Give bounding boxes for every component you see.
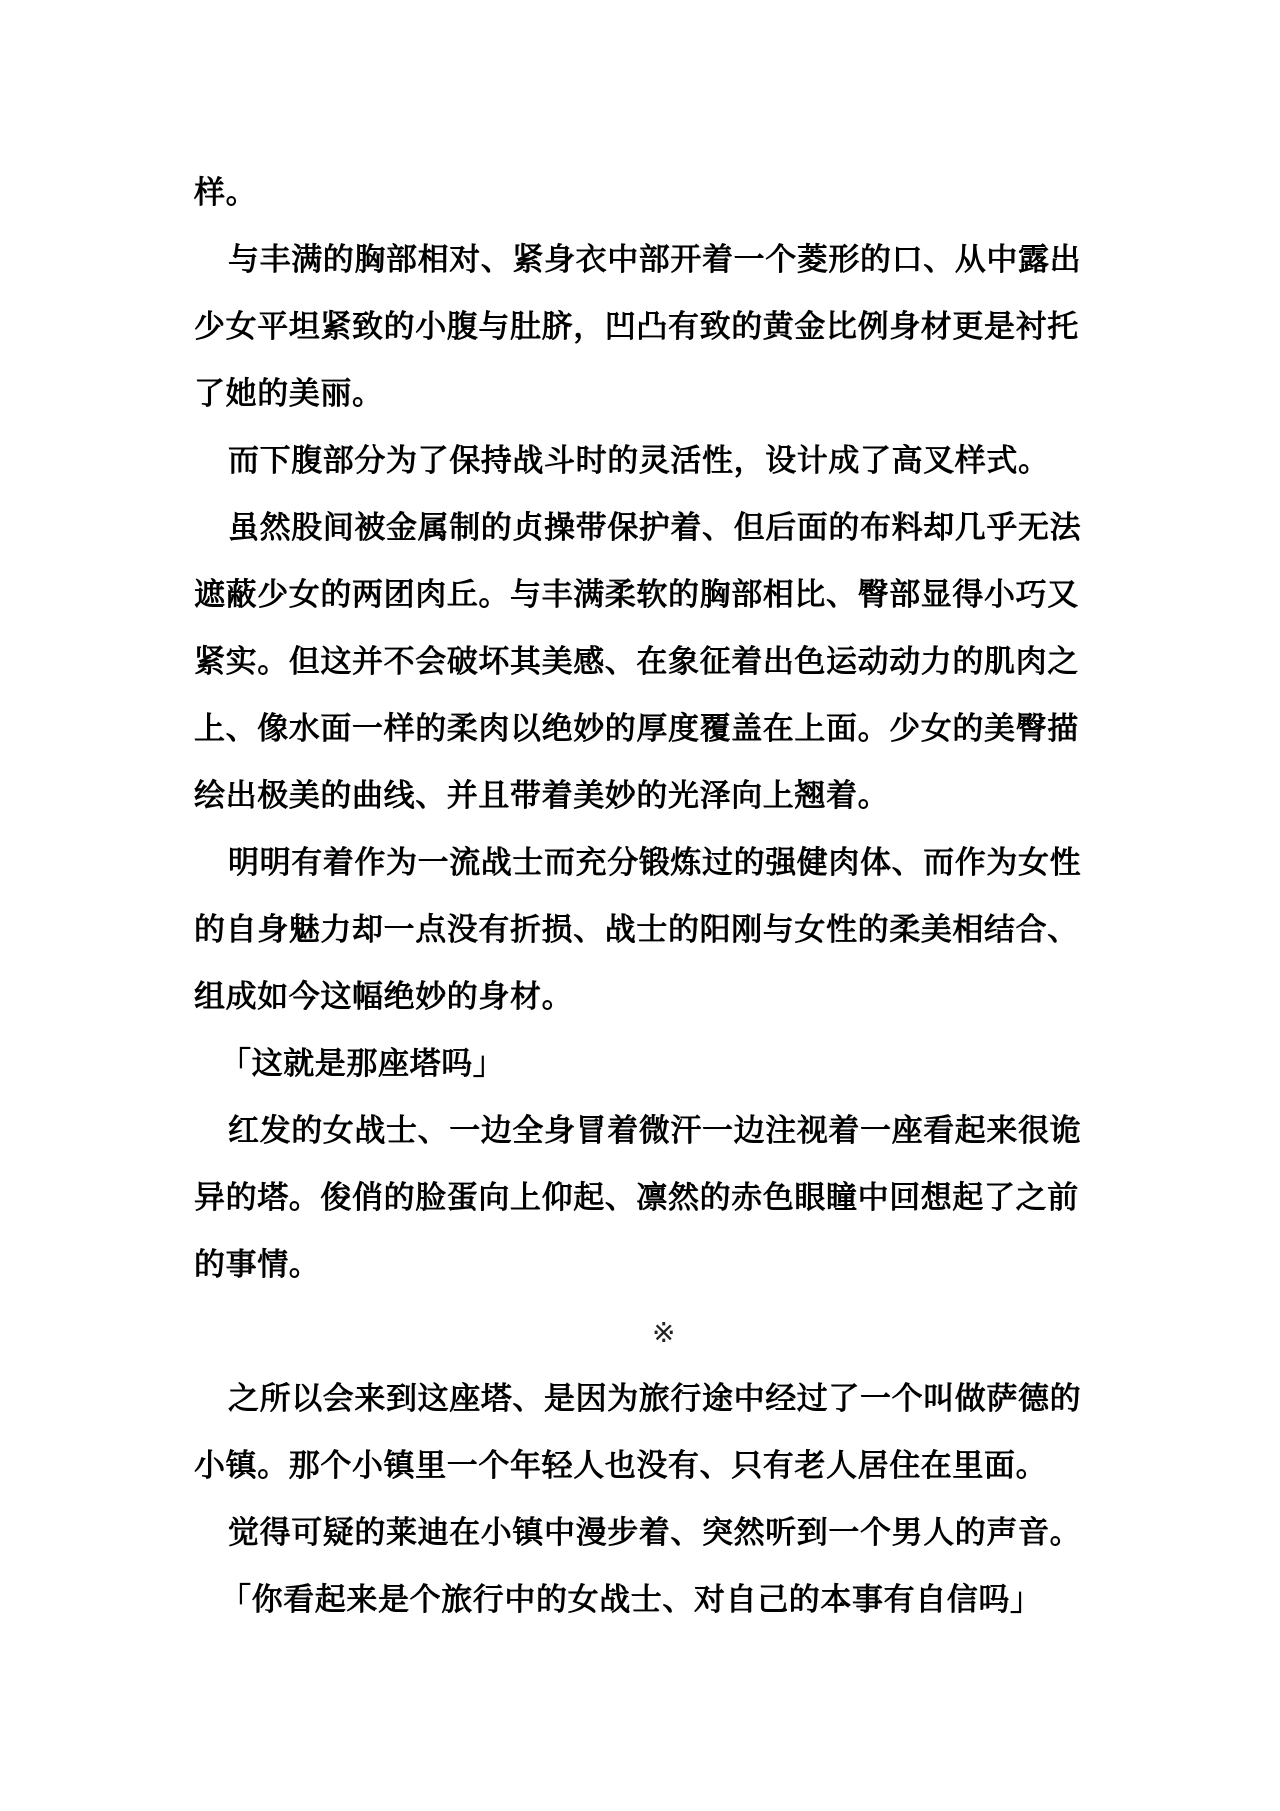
scene-separator: ※ — [194, 1299, 1094, 1366]
text-line-cont: 小镇。那个小镇里一个年轻人也没有、只有老人居住在里面。 — [194, 1433, 1094, 1500]
text-line-cont: 组成如今这幅绝妙的身材。 — [194, 964, 1094, 1031]
paragraph-start-line: 与丰满的胸部相对、紧身衣中部开着一个菱形的口、从中露出 — [194, 227, 1094, 294]
text-line-cont: 少女平坦紧致的小腹与肚脐，凹凸有致的黄金比例身材更是衬托 — [194, 294, 1094, 361]
text-line-cont: 绘出极美的曲线、并且带着美妙的光泽向上翘着。 — [194, 763, 1094, 830]
text-line-cont: 了她的美丽。 — [194, 361, 1094, 428]
text-line-cont: 异的塔。俊俏的脸蛋向上仰起、凛然的赤色眼瞳中回想起了之前 — [194, 1165, 1094, 1232]
paragraph-start-line: 觉得可疑的莱迪在小镇中漫步着、突然听到一个男人的声音。 — [194, 1500, 1094, 1567]
document-page: 样。 与丰满的胸部相对、紧身衣中部开着一个菱形的口、从中露出 少女平坦紧致的小腹… — [194, 160, 1094, 1634]
paragraph-start-line: 明明有着作为一流战士而充分锻炼过的强健肉体、而作为女性 — [194, 830, 1094, 897]
dialogue-line: 「这就是那座塔吗」 — [194, 1031, 1094, 1098]
paragraph-start-line: 之所以会来到这座塔、是因为旅行途中经过了一个叫做萨德的 — [194, 1366, 1094, 1433]
text-line-cont: 遮蔽少女的两团肉丘。与丰满柔软的胸部相比、臀部显得小巧又 — [194, 562, 1094, 629]
paragraph-start-line: 虽然股间被金属制的贞操带保护着、但后面的布料却几乎无法 — [194, 495, 1094, 562]
text-line-cont: 紧实。但这并不会破坏其美感、在象征着出色运动动力的肌肉之 — [194, 629, 1094, 696]
text-line-cont: 的自身魅力却一点没有折损、战士的阳刚与女性的柔美相结合、 — [194, 897, 1094, 964]
text-line-cont: 样。 — [194, 160, 1094, 227]
paragraph-start-line: 红发的女战士、一边全身冒着微汗一边注视着一座看起来很诡 — [194, 1098, 1094, 1165]
paragraph-start-line: 而下腹部分为了保持战斗时的灵活性，设计成了高叉样式。 — [194, 428, 1094, 495]
dialogue-line: 「你看起来是个旅行中的女战士、对自己的本事有自信吗」 — [194, 1567, 1094, 1634]
text-line-cont: 的事情。 — [194, 1232, 1094, 1299]
text-line-cont: 上、像水面一样的柔肉以绝妙的厚度覆盖在上面。少女的美臀描 — [194, 696, 1094, 763]
